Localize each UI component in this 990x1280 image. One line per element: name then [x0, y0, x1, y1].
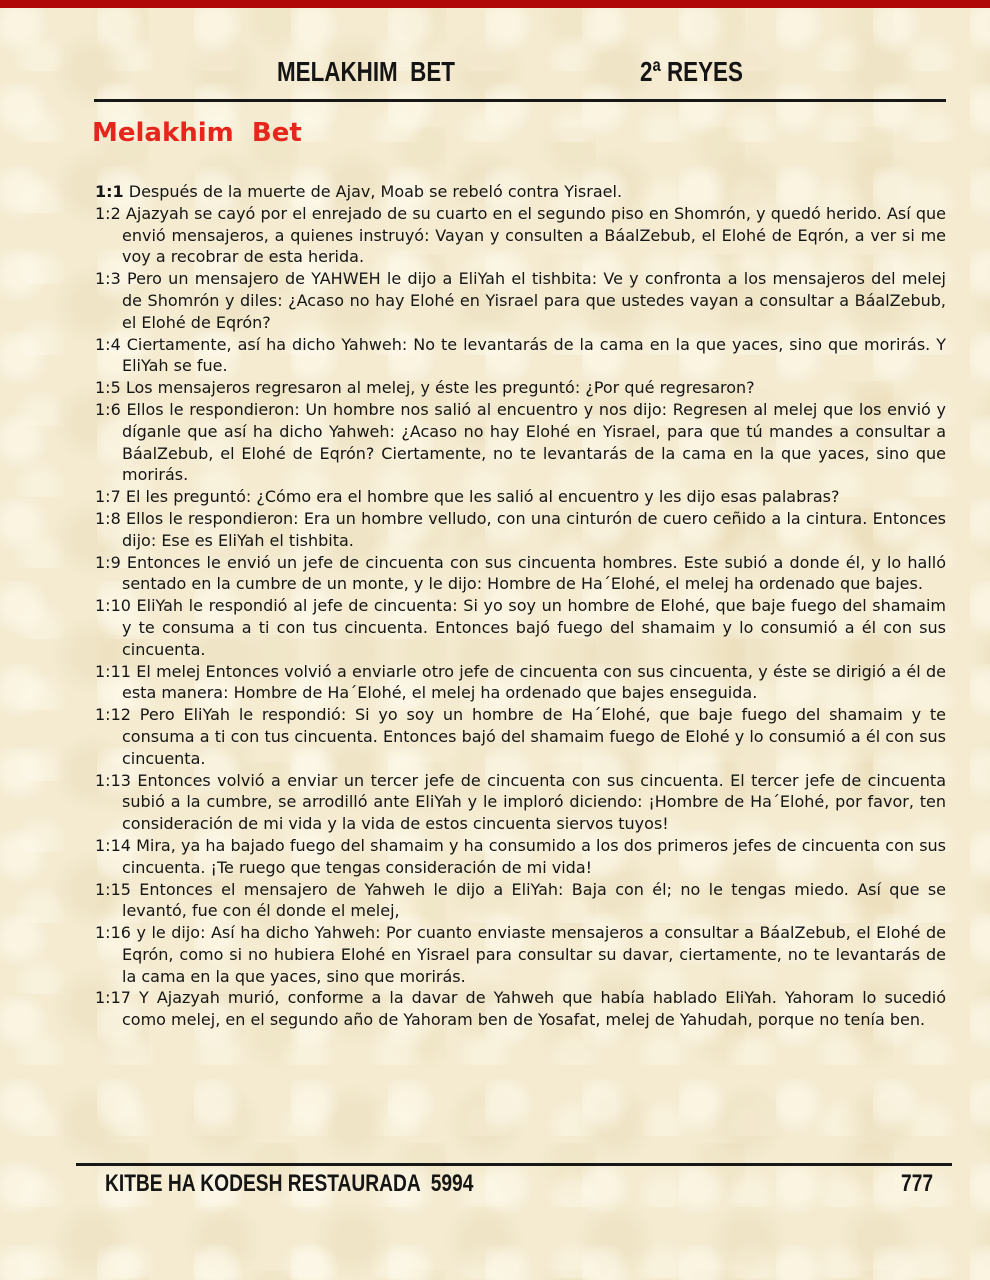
- verse: 1:6 Ellos le respondieron: Un hombre nos…: [95, 399, 946, 486]
- verse-number: 1:16: [95, 923, 131, 942]
- verse: 1:13 Entonces volvió a enviar un tercer …: [95, 770, 946, 835]
- verse-number: 1:17: [95, 988, 131, 1007]
- verse-number: 1:15: [95, 880, 131, 899]
- top-red-bar: [0, 0, 990, 8]
- verse: 1:10 EliYah le respondió al jefe de cinc…: [95, 595, 946, 660]
- verse: 1:2 Ajazyah se cayó por el enrejado de s…: [95, 203, 946, 268]
- verse: 1:15 Entonces el mensajero de Yahweh le …: [95, 879, 946, 923]
- footer-book-label: KITBE HA KODESH RESTAURADA 5994: [105, 1170, 473, 1198]
- verse: 1:16 y le dijo: Así ha dicho Yahweh: Por…: [95, 922, 946, 987]
- verse: 1:7 El les preguntó: ¿Cómo era el hombre…: [95, 486, 946, 508]
- verse: 1:8 Ellos le respondieron: Era un hombre…: [95, 508, 946, 552]
- verse: 1:12 Pero EliYah le respondió: Si yo soy…: [95, 704, 946, 769]
- verse-number: 1:1: [95, 182, 124, 201]
- verse: 1:1 Después de la muerte de Ajav, Moab s…: [95, 181, 946, 203]
- verse: 1:11 El melej Entonces volvió a enviarle…: [95, 661, 946, 705]
- running-header-book-name: 2ª REYES: [640, 56, 743, 88]
- verse-number: 1:7: [95, 487, 121, 506]
- verse: 1:5 Los mensajeros regresaron al melej, …: [95, 377, 946, 399]
- verse-number: 1:5: [95, 378, 121, 397]
- verse-number: 1:13: [95, 771, 131, 790]
- verse-number: 1:11: [95, 662, 131, 681]
- verse-list: 1:1 Después de la muerte de Ajav, Moab s…: [95, 181, 946, 1031]
- verse-number: 1:14: [95, 836, 131, 855]
- verse-number: 1:8: [95, 509, 121, 528]
- verse-number: 1:12: [95, 705, 131, 724]
- running-header: MELAKHIM BET 2ª REYES: [0, 56, 990, 92]
- header-divider-line: [94, 99, 946, 102]
- verse: 1:9 Entonces le envió un jefe de cincuen…: [95, 552, 946, 596]
- verse-number: 1:2: [95, 204, 121, 223]
- verse-number: 1:9: [95, 553, 121, 572]
- document-page: MELAKHIM BET 2ª REYES Melakhim Bet 1:1 D…: [0, 0, 990, 1280]
- footer-divider-line: [76, 1163, 952, 1166]
- verse-number: 1:10: [95, 596, 131, 615]
- verse-number: 1:6: [95, 400, 121, 419]
- verse: 1:3 Pero un mensajero de YAHWEH le dijo …: [95, 268, 946, 333]
- verse: 1:4 Ciertamente, así ha dicho Yahweh: No…: [95, 334, 946, 378]
- verse: 1:14 Mira, ya ha bajado fuego del shamai…: [95, 835, 946, 879]
- section-title: Melakhim Bet: [92, 118, 302, 148]
- page-number: 777: [901, 1170, 933, 1198]
- verse-number: 1:3: [95, 269, 121, 288]
- verse: 1:17 Y Ajazyah murió, conforme a la dava…: [95, 987, 946, 1031]
- running-header-title: MELAKHIM BET: [277, 56, 455, 88]
- verse-number: 1:4: [95, 335, 121, 354]
